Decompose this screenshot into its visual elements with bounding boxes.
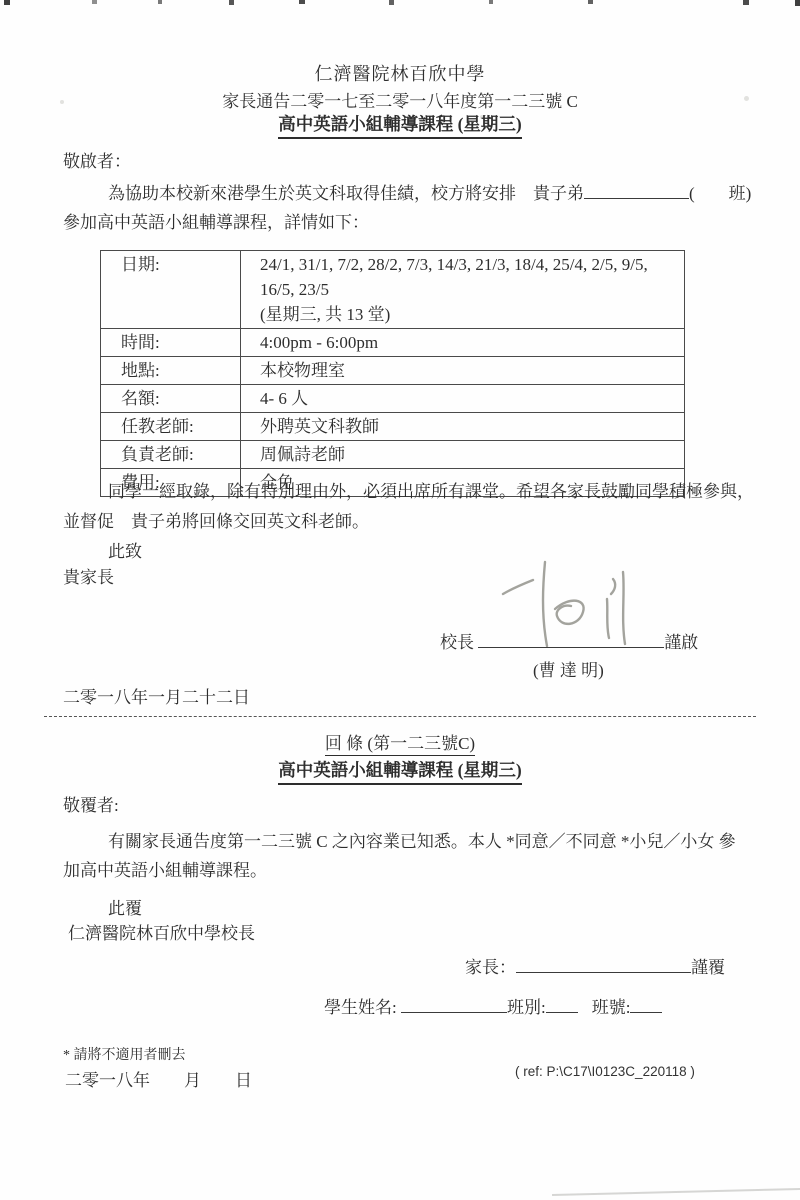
scan-artifact: [158, 0, 162, 4]
reply-slip-title-text: 高中英語小組輔導課程 (星期三): [278, 757, 522, 785]
reply-paragraph-line2: 加高中英語小組輔導課程。: [63, 856, 267, 881]
salutation: 敬啟者：: [63, 147, 131, 172]
signature-line: 校長 謹啟: [440, 628, 698, 653]
row-quota-label: 名額:: [101, 385, 241, 413]
scan-artifact: [552, 1188, 800, 1196]
class-bracket: ( 班): [689, 184, 751, 203]
intro-text: 為協助本校新來港學生於英文科取得佳績，校方將安排 貴子弟: [108, 184, 584, 203]
row-date-label: 日期:: [101, 251, 241, 329]
scan-artifact: [588, 0, 593, 4]
row-time-label: 時間:: [101, 329, 241, 357]
student-info-line: 學生姓名: 班別:班號:: [324, 993, 662, 1018]
parent-label: 家長：: [465, 958, 516, 977]
student-name-blank: [584, 180, 689, 199]
parent-signature-line: 家長：謹覆: [465, 953, 725, 978]
delete-inapplicable-note: * 請將不適用者刪去: [63, 1044, 186, 1064]
row-date-value: 24/1, 31/1, 7/2, 28/2, 7/3, 14/3, 21/3, …: [241, 251, 685, 329]
signature-suffix: 謹啟: [664, 633, 698, 652]
row-tutor-label: 任教老師:: [101, 413, 241, 441]
closing-phrase: 此致: [108, 537, 142, 562]
reply-date-blank: 二零一八年 月 日: [65, 1066, 252, 1091]
table-row: 名額: 4- 6 人: [101, 385, 685, 413]
reply-slip-heading: 回 條 (第一二三號C): [0, 729, 800, 756]
row-time-value: 4:00pm - 6:00pm: [241, 329, 685, 357]
scan-artifact: [389, 0, 394, 5]
table-row: 時間: 4:00pm - 6:00pm: [101, 329, 685, 357]
scan-artifact: [795, 0, 800, 6]
reply-closing-phrase: 此覆: [108, 894, 142, 919]
student-name-fill-blank: [401, 994, 507, 1013]
row-venue-value: 本校物理室: [241, 357, 685, 385]
attendance-paragraph-line2: 並督促 貴子弟將回條交回英文科老師。: [63, 507, 369, 532]
table-row: 地點: 本校物理室: [101, 357, 685, 385]
intro-paragraph-line1: 為協助本校新來港學生於英文科取得佳績，校方將安排 貴子弟( 班): [108, 179, 751, 204]
row-date-value-line2: (星期三, 共 13 堂): [260, 302, 678, 327]
class-number-label: 班號:: [592, 998, 631, 1017]
class-number-blank: [630, 994, 662, 1013]
row-date-value-line1: 24/1, 31/1, 7/2, 28/2, 7/3, 14/3, 21/3, …: [260, 252, 678, 302]
course-details-table: 日期: 24/1, 31/1, 7/2, 28/2, 7/3, 14/3, 21…: [100, 250, 685, 497]
scanned-notice-page: 仁濟醫院林百欣中學 家長通告二零一七至二零一八年度第一二三號 C 高中英語小組輔…: [0, 0, 800, 1200]
reply-salutation: 敬覆者:: [63, 791, 119, 816]
addressee: 貴家長: [63, 563, 114, 588]
row-teacher-in-charge-label: 負責老師:: [101, 441, 241, 469]
row-teacher-in-charge-value: 周佩詩老師: [241, 441, 685, 469]
principal-role-label: 校長: [440, 633, 474, 652]
notice-title: 高中英語小組輔導課程 (星期三): [0, 111, 800, 139]
scan-artifact: [229, 0, 234, 5]
scan-artifact: [743, 0, 749, 5]
notice-title-text: 高中英語小組輔導課程 (星期三): [278, 111, 522, 139]
notice-number-line: 家長通告二零一七至二零一八年度第一二三號 C: [0, 87, 800, 112]
reply-slip-heading-text: 回 條 (第一二三號C): [325, 729, 475, 756]
table-row: 任教老師: 外聘英文科教師: [101, 413, 685, 441]
reply-paragraph-line1: 有關家長通告度第一二三號 C 之內容業已知悉。本人 *同意／不同意 *小兒／小女…: [108, 827, 736, 852]
student-name-label: 學生姓名:: [324, 998, 397, 1017]
principal-name: (曹 達 明): [533, 656, 604, 681]
row-venue-label: 地點:: [101, 357, 241, 385]
file-reference: ( ref: P:\C17\I0123C_220118 ): [515, 1064, 695, 1079]
table-row: 負責老師: 周佩詩老師: [101, 441, 685, 469]
parent-suffix: 謹覆: [691, 958, 725, 977]
notice-date: 二零一八年一月二十二日: [63, 683, 250, 708]
cut-divider-line: [44, 716, 756, 717]
class-label: 班別:: [507, 998, 546, 1017]
attendance-paragraph-line1: 同學一經取錄，除有特別理由外，必須出席所有課堂。希望各家長鼓勵同學積極參與，: [108, 477, 754, 502]
table-row: 日期: 24/1, 31/1, 7/2, 28/2, 7/3, 14/3, 21…: [101, 251, 685, 329]
intro-paragraph-line2: 參加高中英語小組輔導課程，詳情如下：: [63, 208, 369, 233]
scan-artifact: [489, 0, 493, 4]
scan-artifact: [92, 0, 97, 4]
parent-signature-blank: [516, 954, 691, 973]
school-name: 仁濟醫院林百欣中學: [0, 60, 800, 86]
reply-slip-title: 高中英語小組輔導課程 (星期三): [0, 757, 800, 785]
row-quota-value: 4- 6 人: [241, 385, 685, 413]
reply-addressee: 仁濟醫院林百欣中學校長: [68, 919, 255, 944]
class-blank: [546, 994, 578, 1013]
scan-artifact: [4, 0, 10, 5]
row-tutor-value: 外聘英文科教師: [241, 413, 685, 441]
scan-artifact: [299, 0, 305, 4]
signature-blank: [478, 629, 664, 648]
